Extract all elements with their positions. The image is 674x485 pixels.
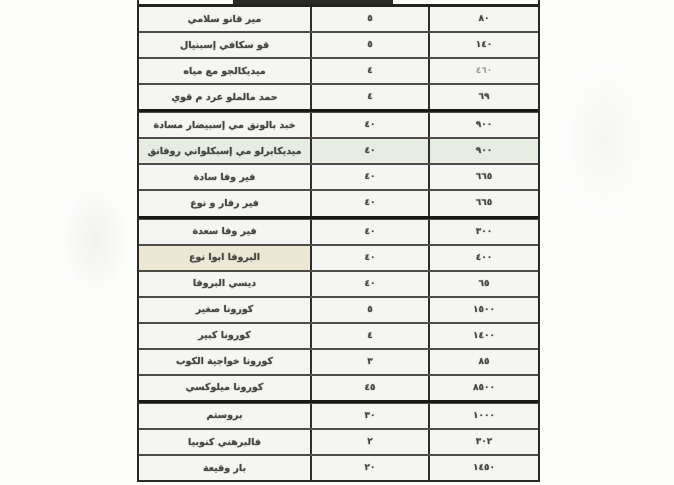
item-name-cell: فير وفا سادة	[139, 165, 310, 189]
price-cell: ٦٦٥	[430, 165, 538, 189]
item-name-cell: البروفا ابوا نوع	[139, 246, 310, 270]
table-row: ١٤٥٠ ٢٠ بار وقيعة	[139, 454, 538, 480]
table-row: ١٠٠٠ ٣٠ بروستم	[139, 403, 538, 428]
table-row: ٦٦٥ ٤٠ فير وفا سادة	[139, 163, 538, 189]
item-name-cell: مير قانو سلامي	[139, 7, 310, 31]
price-cell: ٣٠٠	[430, 220, 538, 244]
quantity-cell: ٣٠	[310, 404, 430, 428]
quantity-cell: ٤٠	[310, 220, 430, 244]
table-row: ١٥٠٠ ٥ كورونا صغير	[139, 296, 538, 322]
table-row: ١٤٠٠ ٤ كورونا كبير	[139, 322, 538, 348]
price-cell: ٤٦٠	[430, 59, 538, 83]
quantity-cell: ٤	[310, 59, 430, 83]
item-name-cell: بار وقيعة	[139, 456, 310, 480]
quantity-cell: ٤٠	[310, 165, 430, 189]
table-row: ٨٠ ٥ مير قانو سلامي	[139, 7, 538, 31]
table-row: ٨٥ ٣ كورونا خواجية الكوب	[139, 348, 538, 374]
price-cell: ٤٠٠	[430, 246, 538, 270]
price-cell: ١٠٠٠	[430, 404, 538, 428]
quantity-cell: ٤	[310, 85, 430, 109]
price-cell: ٦٥	[430, 272, 538, 296]
quantity-cell: ٤٠	[310, 113, 430, 137]
table-row: ٩٠٠ ٤٠ خبد بالونق مي إسبيضار مسادة	[139, 112, 538, 137]
price-cell: ٩٠٠	[430, 139, 538, 163]
scanned-page: ٨٠ ٥ مير قانو سلامي ١٤٠ ٥ قو سكافي إسبني…	[0, 0, 674, 485]
item-name-cell: كورونا كبير	[139, 324, 310, 348]
scan-smudge	[60, 180, 130, 300]
item-name-cell: قو سكافي إسبنيال	[139, 33, 310, 57]
table-row: ٣٠٢ ٢ فالبرهني كنوبيا	[139, 428, 538, 454]
table-row: ٤٠٠ ٤٠ البروفا ابوا نوع	[139, 244, 538, 270]
item-name-cell: كورونا ميلوكسي	[139, 376, 310, 400]
item-name-cell: فير وفا سعدة	[139, 220, 310, 244]
quantity-cell: ٥	[310, 298, 430, 322]
item-name-cell: ميديكابرلو مي إسبكلواني روفانق	[139, 139, 310, 163]
table-row: ١٤٠ ٥ قو سكافي إسبنيال	[139, 31, 538, 57]
table-row: ٦٥ ٤٠ ديسي البروفا	[139, 270, 538, 296]
quantity-cell: ٤٠	[310, 139, 430, 163]
price-cell: ١٤٠٠	[430, 324, 538, 348]
scan-smudge	[560, 60, 650, 220]
price-cell: ٨٥٠٠	[430, 376, 538, 400]
quantity-cell: ٢	[310, 430, 430, 454]
price-cell: ١٤٥٠	[430, 456, 538, 480]
price-cell: ٨٠	[430, 7, 538, 31]
price-cell: ٣٠٢	[430, 430, 538, 454]
price-cell: ١٥٠٠	[430, 298, 538, 322]
quantity-cell: ٢٠	[310, 456, 430, 480]
price-cell: ٩٠٠	[430, 113, 538, 137]
price-cell: ٦٦٥	[430, 191, 538, 215]
item-name-cell: فير رفار و نوع	[139, 191, 310, 215]
quantity-cell: ٤٠	[310, 246, 430, 270]
item-name-cell: كورونا خواجية الكوب	[139, 350, 310, 374]
item-name-cell: ميديكالجو مع مياه	[139, 59, 310, 83]
quantity-cell: ٤	[310, 324, 430, 348]
table-row: ٨٥٠٠ ٤٥ كورونا ميلوكسي	[139, 374, 538, 403]
table-row: ٣٠٠ ٤٠ فير وفا سعدة	[139, 219, 538, 244]
price-cell: ١٤٠	[430, 33, 538, 57]
quantity-cell: ٤٠	[310, 191, 430, 215]
table-row: ٦٦٥ ٤٠ فير رفار و نوع	[139, 189, 538, 218]
table-row: ٩٠٠ ٤٠ ميديكابرلو مي إسبكلواني روفانق	[139, 137, 538, 163]
quantity-cell: ٥	[310, 7, 430, 31]
item-name-cell: بروستم	[139, 404, 310, 428]
quantity-cell: ٥	[310, 33, 430, 57]
quantity-cell: ٤٥	[310, 376, 430, 400]
quantity-cell: ٣	[310, 350, 430, 374]
price-cell: ٨٥	[430, 350, 538, 374]
table-row: ٤٦٠ ٤ ميديكالجو مع مياه	[139, 57, 538, 83]
item-name-cell: خبد بالونق مي إسبيضار مسادة	[139, 113, 310, 137]
item-name-cell: حمد مالملو عرد م قوي	[139, 85, 310, 109]
quantity-cell: ٤٠	[310, 272, 430, 296]
price-table: ٨٠ ٥ مير قانو سلامي ١٤٠ ٥ قو سكافي إسبني…	[137, 4, 540, 482]
table-row: ٦٩ ٤ حمد مالملو عرد م قوي	[139, 83, 538, 112]
price-cell: ٦٩	[430, 85, 538, 109]
item-name-cell: ديسي البروفا	[139, 272, 310, 296]
item-name-cell: فالبرهني كنوبيا	[139, 430, 310, 454]
item-name-cell: كورونا صغير	[139, 298, 310, 322]
